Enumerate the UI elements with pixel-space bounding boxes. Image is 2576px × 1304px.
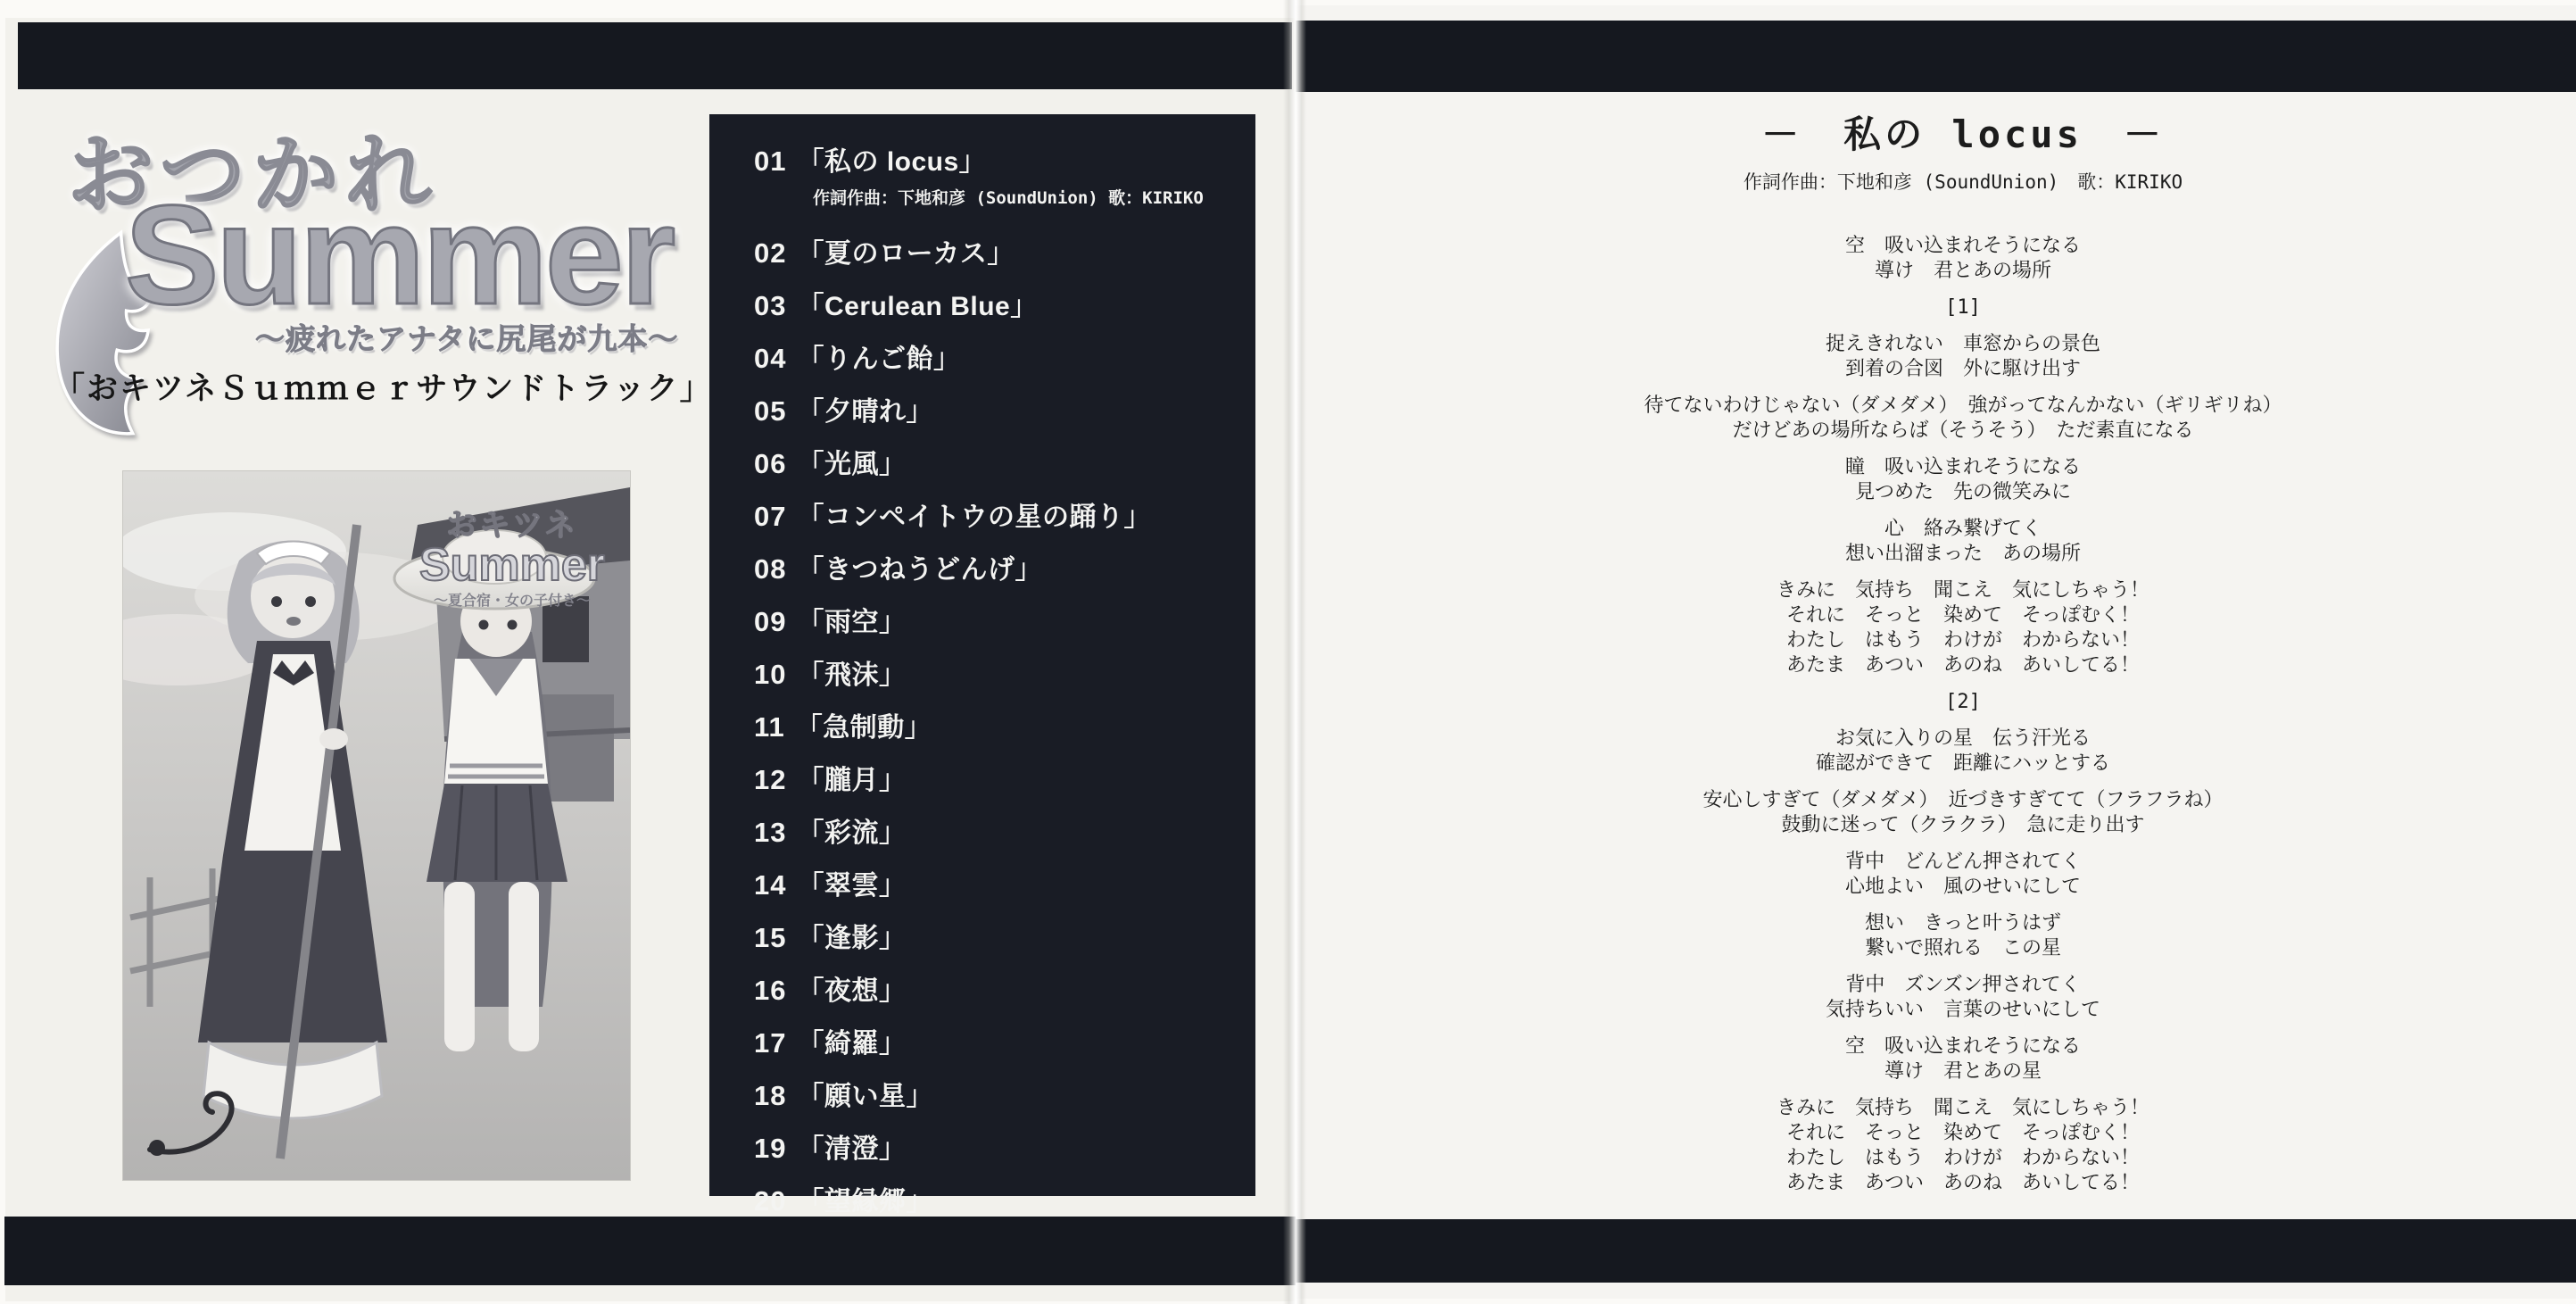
track-number: 19	[754, 1134, 786, 1164]
track-credit: 作詞作曲：下地和彦 (SoundUnion) 歌：KIRIKO	[813, 183, 1234, 213]
lyric-line: 鼓動に迷って（クラクラ） 急に走り出す	[1374, 813, 2552, 838]
lyric-line: 心 絡み繋げてく	[1374, 517, 2552, 542]
track-number: 06	[754, 449, 786, 479]
track-number: 03	[754, 291, 786, 321]
lyric-stanza: 待てないわけじゃない（ダメダメ） 強がってなんかない（ギリギリね）だけどあの場所…	[1374, 394, 2552, 444]
track-list: 01「私の locus」作詞作曲：下地和彦 (SoundUnion) 歌：KIR…	[709, 114, 1255, 1196]
track-item: 18「願い星」	[754, 1081, 1234, 1112]
booklet-scan: おつかれ Summer ～疲れたアナタに尻尾が九本～ 「おキツネＳｕｍｍｅｒサウ…	[0, 0, 2576, 1304]
track-title: 「彩流」	[797, 818, 906, 849]
track-item: 04「りんご飴」	[754, 344, 1234, 375]
lyric-stanza: 背中 どんどん押されてく心地よい 風のせいにして	[1374, 850, 2552, 900]
lyric-stanza: 背中 ズンズン押されてく気持ちいい 言葉のせいにして	[1374, 973, 2552, 1023]
lyric-line: 見つめた 先の微笑みに	[1374, 480, 2552, 505]
lyric-line: 心地よい 風のせいにして	[1374, 875, 2552, 900]
track-number: 17	[754, 1028, 786, 1059]
track-number: 16	[754, 976, 786, 1006]
lyric-stanza: 安心しすぎて（ダメダメ） 近づきすぎてて（フラフラね）鼓動に迷って（クラクラ） …	[1374, 788, 2552, 838]
fold-crease	[1283, 0, 1306, 1304]
bottom-accent-bar-right	[1296, 1219, 2576, 1283]
track-number: 07	[754, 502, 786, 532]
track-item: 17「綺羅」	[754, 1028, 1234, 1059]
track-number: 01	[754, 146, 786, 177]
track-number: 20	[754, 1186, 786, 1217]
lyric-line: 導け 君とあの場所	[1374, 259, 2552, 284]
lyric-line: 想い出溜まった あの場所	[1374, 542, 2552, 567]
track-number: 02	[754, 238, 786, 269]
album-logo: おつかれ Summer ～疲れたアナタに尻尾が九本～	[43, 105, 703, 373]
lyric-stanza: 空 吸い込まれそうになる導け 君とあの場所	[1374, 234, 2552, 284]
lyric-line: あたま あつい あのね あいしてる！	[1374, 653, 2552, 678]
lyric-line: 背中 どんどん押されてく	[1374, 850, 2552, 875]
lyric-line: 確認ができて 距離にハッとする	[1374, 752, 2552, 777]
track-number: 05	[754, 396, 786, 427]
lyric-stanza: 想い きっと叶うはず繋いで照れる この星	[1374, 911, 2552, 961]
lyric-line: わたし はもう わけが わからない！	[1374, 1146, 2552, 1171]
lyric-line: 想い きっと叶うはず	[1374, 911, 2552, 936]
lyric-stanza: 捉えきれない 車窓からの景色到着の合図 外に駆け出す	[1374, 332, 2552, 382]
lyric-line: 背中 ズンズン押されてく	[1374, 973, 2552, 998]
lyric-line: それに そっと 染めて そっぽむく！	[1374, 603, 2552, 628]
track-item: 20「望縁郷」	[754, 1186, 1234, 1217]
track-item: 15「逢影」	[754, 923, 1234, 954]
lyric-stanza: [2]	[1374, 690, 2552, 715]
track-item: 06「光風」	[754, 449, 1234, 480]
track-title: 「コンペイトウの星の踊り」	[797, 502, 1151, 533]
lyric-line: 捉えきれない 車窓からの景色	[1374, 332, 2552, 357]
cover-logo: おキツネ Summer ～夏合宿・女の子付き～	[419, 509, 605, 609]
track-title: 「私の locus」	[797, 147, 986, 178]
lyric-stanza: きみに 気持ち 聞こえ 気にしちゃう！それに そっと 染めて そっぽむく！わたし…	[1374, 1096, 2552, 1196]
track-item: 08「きつねうどんげ」	[754, 554, 1234, 586]
track-title: 「雨空」	[797, 608, 906, 638]
lyric-line: 気持ちいい 言葉のせいにして	[1374, 998, 2552, 1023]
cover-logo-sub: ～夏合宿・女の子付き～	[434, 592, 591, 609]
track-title: 「夕晴れ」	[797, 397, 933, 428]
lyric-line: 繋いで照れる この星	[1374, 936, 2552, 961]
lyric-line: [2]	[1374, 690, 2552, 715]
track-title: 「願い星」	[797, 1082, 933, 1112]
lyric-stanza: [1]	[1374, 295, 2552, 320]
lyric-stanza: 空 吸い込まれそうになる導け 君とあの星	[1374, 1034, 2552, 1084]
track-number: 11	[754, 712, 785, 743]
track-title: 「望縁郷」	[797, 1187, 933, 1217]
lyric-stanza: 心 絡み繋げてく想い出溜まった あの場所	[1374, 517, 2552, 567]
top-accent-bar-right	[1296, 21, 2576, 92]
top-accent-bar-left	[18, 22, 1292, 89]
lyric-line: きみに 気持ち 聞こえ 気にしちゃう！	[1374, 1096, 2552, 1121]
lyric-line: お気に入りの星 伝う汗光る	[1374, 727, 2552, 752]
lyric-line: 瞳 吸い込まれそうになる	[1374, 455, 2552, 480]
lyric-line: 安心しすぎて（ダメダメ） 近づきすぎてて（フラフラね）	[1374, 788, 2552, 813]
track-title: 「急制動」	[796, 713, 932, 743]
lyrics-page: － 私の locus － 作詞作曲：下地和彦 (SoundUnion) 歌：KI…	[1374, 105, 2552, 1196]
track-item: 16「夜想」	[754, 976, 1234, 1007]
track-item: 02「夏のローカス」	[754, 238, 1234, 270]
track-number: 09	[754, 607, 786, 637]
track-item: 12「朧月」	[754, 765, 1234, 796]
track-title: 「光風」	[797, 450, 906, 480]
track-item: 03「Cerulean Blue」	[754, 291, 1234, 322]
track-number: 04	[754, 344, 786, 374]
lyric-stanza: お気に入りの星 伝う汗光る確認ができて 距離にハッとする	[1374, 727, 2552, 777]
track-title: 「夏のローカス」	[797, 239, 1014, 270]
track-item: 05「夕晴れ」	[754, 396, 1234, 428]
lyric-stanza: きみに 気持ち 聞こえ 気にしちゃう！それに そっと 染めて そっぽむく！わたし…	[1374, 578, 2552, 678]
track-title: 「飛沫」	[797, 660, 906, 691]
track-number: 18	[754, 1081, 786, 1111]
track-item: 19「清澄」	[754, 1134, 1234, 1165]
lyric-line: 導け 君とあの星	[1374, 1059, 2552, 1084]
logo-subtitle: ～疲れたアナタに尻尾が九本～	[255, 316, 678, 358]
lyric-line: 空 吸い込まれそうになる	[1374, 234, 2552, 259]
cover-logo-mid: Summer	[419, 539, 605, 591]
lyric-stanza: 瞳 吸い込まれそうになる見つめた 先の微笑みに	[1374, 455, 2552, 505]
lyric-line: [1]	[1374, 295, 2552, 320]
track-title: 「Cerulean Blue」	[797, 292, 1037, 322]
cover-logo-top: おキツネ	[446, 509, 577, 543]
lyric-line: だけどあの場所ならば（そうそう） ただ素直になる	[1374, 419, 2552, 444]
track-item: 13「彩流」	[754, 818, 1234, 849]
track-number: 10	[754, 660, 786, 690]
lyric-line: それに そっと 染めて そっぽむく！	[1374, 1121, 2552, 1146]
lyrics-title: － 私の locus －	[1374, 105, 2552, 159]
lyric-line: 空 吸い込まれそうになる	[1374, 1034, 2552, 1059]
track-title: 「きつねうどんげ」	[797, 555, 1042, 586]
bottom-accent-bar-left	[4, 1217, 1296, 1285]
track-title: 「夜想」	[797, 976, 906, 1007]
track-item: 14「翠雲」	[754, 870, 1234, 901]
track-number: 12	[754, 765, 786, 795]
lyric-line: 到着の合図 外に駆け出す	[1374, 357, 2552, 382]
lyrics-body: 空 吸い込まれそうになる導け 君とあの場所[1]捉えきれない 車窓からの景色到着…	[1374, 234, 2552, 1196]
track-number: 15	[754, 923, 786, 953]
lyric-line: 待てないわけじゃない（ダメダメ） 強がってなんかない（ギリギリね）	[1374, 394, 2552, 419]
track-item: 01「私の locus」作詞作曲：下地和彦 (SoundUnion) 歌：KIR…	[754, 146, 1234, 217]
track-item: 07「コンペイトウの星の踊り」	[754, 502, 1234, 533]
lyric-line: わたし はもう わけが わからない！	[1374, 628, 2552, 653]
track-title: 「逢影」	[797, 924, 906, 954]
track-number: 08	[754, 554, 786, 585]
lyric-line: きみに 気持ち 聞こえ 気にしちゃう！	[1374, 578, 2552, 603]
track-item: 10「飛沫」	[754, 660, 1234, 691]
soundtrack-caption: 「おキツネＳｕｍｍｅｒサウンドトラック」	[54, 364, 687, 409]
track-title: 「清澄」	[797, 1134, 906, 1165]
cover-art-illustration: おキツネ Summer ～夏合宿・女の子付き～	[123, 471, 630, 1180]
lyrics-credit: 作詞作曲：下地和彦 (SoundUnion) 歌：KIRIKO	[1374, 168, 2552, 195]
track-item: 09「雨空」	[754, 607, 1234, 638]
track-number: 13	[754, 818, 786, 848]
swirl-dot	[149, 1140, 165, 1156]
track-title: 「りんご飴」	[797, 345, 960, 375]
track-number: 14	[754, 870, 786, 901]
track-title: 「朧月」	[797, 766, 906, 796]
track-item: 11「急制動」	[754, 712, 1234, 743]
track-title: 「翠雲」	[797, 871, 906, 901]
lyric-line: あたま あつい あのね あいしてる！	[1374, 1171, 2552, 1196]
track-title: 「綺羅」	[797, 1029, 906, 1059]
logo-text-summer: Summer	[125, 175, 673, 336]
